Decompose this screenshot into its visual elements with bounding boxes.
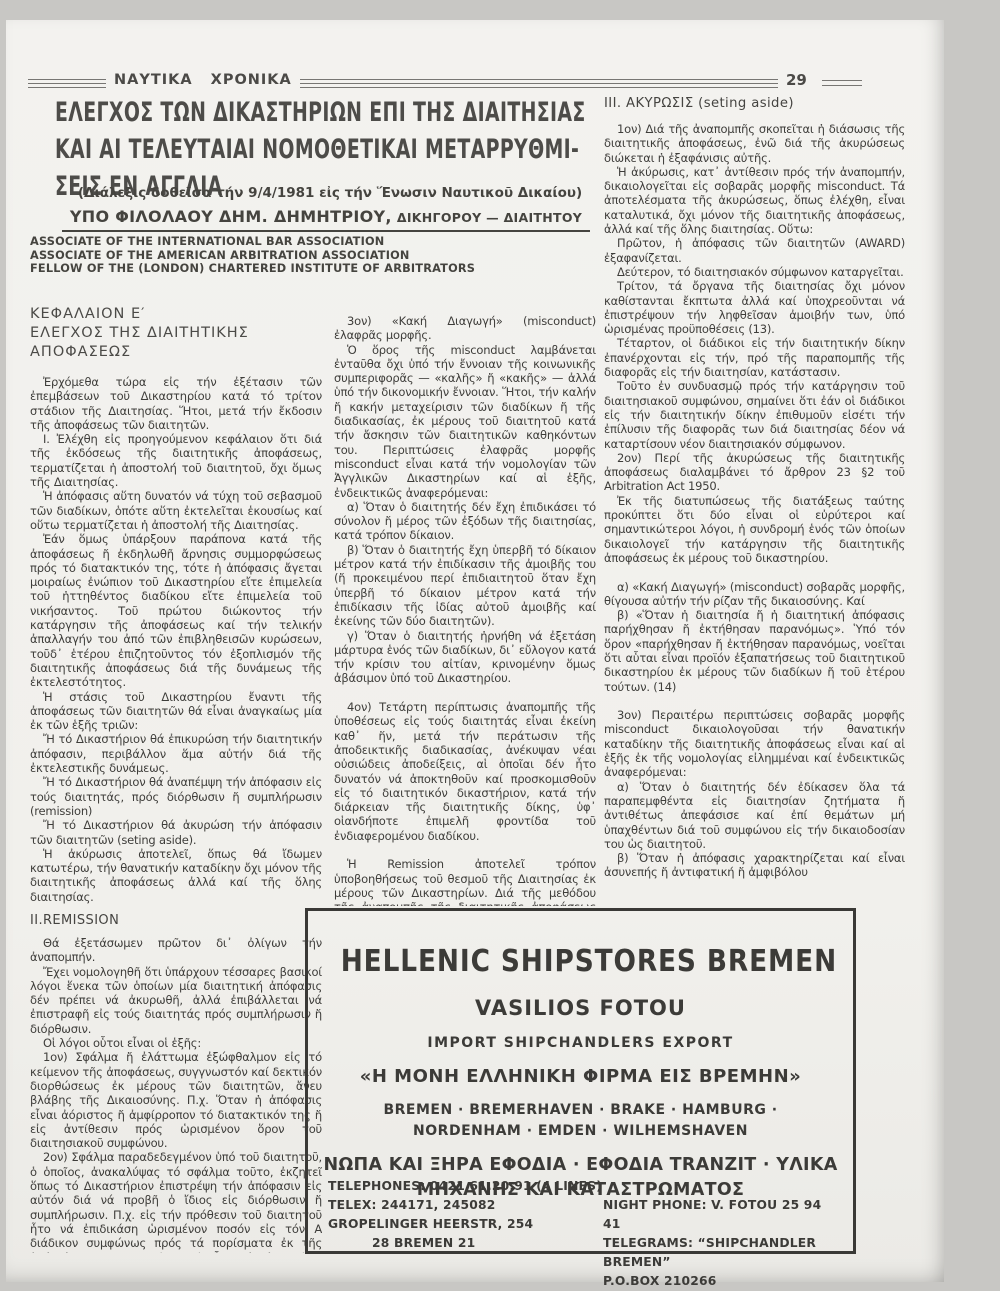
article-subtitle: (Διάλεξις δοθεῖσα τήν 9/4/1981 εἰς τήν Ἕ… <box>40 185 620 201</box>
paragraph: 1ον) Διά τῆς ἀναπομπῆς σκοπεῖται ἡ διάσω… <box>604 122 905 165</box>
paragraph: FELLOW OF THE (LONDON) CHARTERED INSTITU… <box>30 262 475 276</box>
paragraph: I. Ἐλέχθη εἰς προηγούμενον κεφάλαιον ὅτι… <box>30 432 322 489</box>
paragraph: Ἤ τό Δικαστήριον θά ἀκυρώση τήν ἀπόφασιν… <box>30 818 322 847</box>
paragraph: Δεύτερον, τό διαιτησιακόν σύμφωνον καταρ… <box>604 265 905 279</box>
advert-port-list: BREMEN · BREMERHAVEN · BRAKE · HAMBURG ·… <box>330 1100 832 1142</box>
byline: ΥΠΟ ΦΙΛΟΛΑΟΥ ΔΗΜ. ΔΗΜΗΤΡΙΟΥ, ΔΙΚΗΓΟΡΟΥ —… <box>62 207 590 232</box>
paragraph: α) Ὅταν ὁ διαιτητής δέν ἔχη ἐπιδικάσει τ… <box>334 500 596 543</box>
left-column-remission-body: Θά ἐξετάσωμεν πρῶτον δι᾽ ὀλίγων τήν ἀναπ… <box>30 936 322 1253</box>
byline-wrap: ΥΠΟ ΦΙΛΟΛΑΟΥ ΔΗΜ. ΔΗΜΗΤΡΙΟΥ, ΔΙΚΗΓΟΡΟΥ —… <box>30 207 622 232</box>
column-middle: 3ον) «Κακή Διαγωγή» (misconduct) ἐλαφρᾶς… <box>334 314 596 906</box>
column-left: ΚΕΦΑΛΑΙΟΝ Ε′ ΕΛΕΓΧΟΣ ΤΗΣ ΔΙΑΙΤΗΤΙΚΗΣ ΑΠΟ… <box>30 305 322 1253</box>
paragraph: Ἡ Remission ἀποτελεῖ τρόπον ὑποβοηθήσεως… <box>334 857 596 906</box>
remission-heading: II.REMISSION <box>30 913 322 929</box>
paragraph: GROPELINGER HEERSTR, 254 <box>328 1215 602 1234</box>
paragraph: P.O.BOX 210266 <box>603 1272 839 1291</box>
paragraph: Πρῶτον, ἡ ἀπόφασις τῶν διαιτητῶν (AWARD)… <box>604 236 905 265</box>
paragraph: ASSOCIATE OF THE INTERNATIONAL BAR ASSOC… <box>30 235 475 249</box>
header-rule-left <box>28 79 106 88</box>
column-right: III. ΑΚΥΡΩΣΙΣ (seting aside) 1ον) Διά τῆ… <box>604 96 905 880</box>
author-credentials: ASSOCIATE OF THE INTERNATIONAL BAR ASSOC… <box>30 235 475 276</box>
paragraph: Θά ἐξετάσωμεν πρῶτον δι᾽ ὀλίγων τήν ἀναπ… <box>30 936 322 965</box>
paragraph: 3ον) «Κακή Διαγωγή» (misconduct) ἐλαφρᾶς… <box>334 314 596 343</box>
paragraph: Τοῦτο ἐν συνδυασμῷ πρός τήν κατάργησιν τ… <box>604 379 905 450</box>
paragraph: 2ον) Σφάλμα παραδεδεγμένον ὑπό τοῦ διαιτ… <box>30 1150 322 1253</box>
paragraph: 28 BREMEN 21 <box>328 1234 602 1253</box>
paragraph: Ἔχει νομολογηθῆ ὅτι ὑπάρχουν τέσσαρες βα… <box>30 965 322 1036</box>
paragraph: TELEX: 244171, 245082 <box>328 1196 602 1215</box>
magazine-title: ΝΑΥΤΙΚΑ ΧΡΟΝΙΚΑ <box>114 72 292 88</box>
paragraph: β) «Ὅταν ἡ διαιτησία ἤ ἡ διαιτητική ἀπόφ… <box>604 608 905 694</box>
paragraph: Ἐρχόμεθα τώρα εἰς τήν ἐξέτασιν τῶν ἐπεμβ… <box>30 375 322 432</box>
paragraph: 4ον) Τετάρτη περίπτωσις ἀναπομπῆς τῆς ὑπ… <box>334 700 596 843</box>
byline-role: ΔΙΚΗΓΟΡΟΥ — ΔΙΑΙΤΗΤΟΥ <box>397 210 582 225</box>
chapter-heading: ΚΕΦΑΛΑΙΟΝ Ε′ <box>30 305 322 324</box>
advertisement-box: HELLENIC SHIPSTORES BREMEN VASILIOS FOTO… <box>305 908 856 1254</box>
paragraph: Ἤ τό Δικαστήριον θά ἐπικυρώση τήν διαιτη… <box>30 732 322 775</box>
header-rule-right <box>822 80 862 86</box>
page-number: 29 <box>786 71 807 89</box>
advert-contact-right: NIGHT PHONE: V. FOTOU 25 94 41TELEGRAMS:… <box>603 1196 839 1291</box>
paragraph <box>604 694 905 708</box>
paragraph: β) Ὅταν ὁ διαιτητής ἔχη ὑπερβῆ τό δίκαιο… <box>334 543 596 629</box>
paragraph: Ἡ στάσις τοῦ Δικαστηρίου ἔναντι τῆς ἀποφ… <box>30 690 322 733</box>
paragraph: ΕΛΕΓΧΟΣ ΤΩΝ ΔΙΚΑΣΤΗΡΙΩΝ ΕΠΙ ΤΗΣ ΔΙΑΙΤΗΣΙ… <box>55 94 647 131</box>
paragraph: 2ον) Περί τῆς ἀκυρώσεως τῆς διαιτητικῆς … <box>604 451 905 494</box>
paragraph: ΚΑΙ ΑΙ ΤΕΛΕΥΤΑΙΑΙ ΝΟΜΟΘΕΤΙΚΑΙ ΜΕΤΑΡΡΥΘΜΙ… <box>55 131 647 168</box>
paragraph <box>334 843 596 857</box>
paragraph: Οἱ λόγοι οὗτοι εἶναι οἱ ἑξῆς: <box>30 1036 322 1050</box>
paragraph: Ἡ ἀκύρωσις ἀποτελεῖ, ὅπως θά ἴδωμεν κατω… <box>30 847 322 904</box>
paragraph: NIGHT PHONE: V. FOTOU 25 94 41 <box>603 1196 839 1234</box>
left-column-body: Ἐρχόμεθα τώρα εἰς τήν ἐξέτασιν τῶν ἐπεμβ… <box>30 375 322 904</box>
byline-author: ΥΠΟ ΦΙΛΟΛΑΟΥ ΔΗΜ. ΔΗΜΗΤΡΙΟΥ, <box>70 207 392 226</box>
middle-column-body: 3ον) «Κακή Διαγωγή» (misconduct) ἐλαφρᾶς… <box>334 314 596 906</box>
advert-motto: «Η ΜΟΝΗ ΕΛΛΗΝΙΚΗ ΦΙΡΜΑ ΕΙΣ ΒΡΕΜΗΝ» <box>308 1066 853 1087</box>
header-rule-middle <box>300 79 778 88</box>
paragraph: 3ον) Περαιτέρω περιπτώσεις σοβαρᾶς μορφῆ… <box>604 708 905 779</box>
akyrosis-heading: III. ΑΚΥΡΩΣΙΣ (seting aside) <box>604 96 905 112</box>
advert-contact-left: TELEPHONES: 0421 61.20.91 (4 LINES)TELEX… <box>328 1177 602 1253</box>
paragraph: ASSOCIATE OF THE AMERICAN ARBITRATION AS… <box>30 249 475 263</box>
paragraph: γ) Ὅταν ὁ διαιτητής ἠρνήθη νά ἐξετάση μά… <box>334 629 596 686</box>
paragraph: Τέταρτον, οἱ διάδικοι εἰς τήν διαιτητική… <box>604 336 905 379</box>
paragraph <box>604 565 905 579</box>
advert-company-name: HELLENIC SHIPSTORES BREMEN <box>341 944 821 979</box>
paragraph: β) Ὅταν ἡ ἀπόφασις χαρακτηρίζεται καί εἶ… <box>604 851 905 880</box>
paragraph: TELEPHONES: 0421 61.20.91 (4 LINES) <box>328 1177 602 1196</box>
paragraph: Ἡ ἀπόφασις αὕτη δυνατόν νά τύχη τοῦ σεβα… <box>30 489 322 532</box>
paragraph: Ὁ ὅρος τῆς misconduct λαμβάνεται ἐνταῦθα… <box>334 343 596 500</box>
paragraph <box>334 686 596 700</box>
paragraph: α) Ὅταν ὁ διαιτητής δέν ἐδίκασεν ὅλα τά … <box>604 780 905 851</box>
paragraph: Τρίτον, τά ὄργανα τῆς διαιτησίας ὄχι μόν… <box>604 279 905 336</box>
advert-owner-name: VASILIOS FOTOU <box>308 996 853 1020</box>
chapter-title: ΕΛΕΓΧΟΣ ΤΗΣ ΔΙΑΙΤΗΤΙΚΗΣ ΑΠΟΦΑΣΕΩΣ <box>30 324 322 362</box>
paragraph: Ἐκ τῆς διατυπώσεως τῆς διατάξεως ταύτης … <box>604 494 905 565</box>
right-column-body: 1ον) Διά τῆς ἀναπομπῆς σκοπεῖται ἡ διάσω… <box>604 122 905 880</box>
paragraph: α) «Κακή Διαγωγή» (misconduct) σοβαρᾶς μ… <box>604 580 905 609</box>
paragraph: Ἡ ἀκύρωσις, κατ᾽ ἀντίθεσιν πρός τήν ἀναπ… <box>604 165 905 236</box>
paragraph: Ἤ τό Δικαστήριον θά ἀναπέμψη τήν ἀπόφασι… <box>30 775 322 818</box>
paragraph: Ἐάν ὅμως ὑπάρξουν παράπονα κατά τῆς ἀποφ… <box>30 532 322 689</box>
advert-tagline: IMPORT SHIPCHANDLERS EXPORT <box>308 1035 853 1051</box>
paragraph: 1ον) Σφάλμα ἤ ἐλάττωμα ἐξώφθαλμον εἰς τό… <box>30 1050 322 1150</box>
paragraph: TELEGRAMS: “SHIPCHANDLER BREMEN” <box>603 1234 839 1272</box>
